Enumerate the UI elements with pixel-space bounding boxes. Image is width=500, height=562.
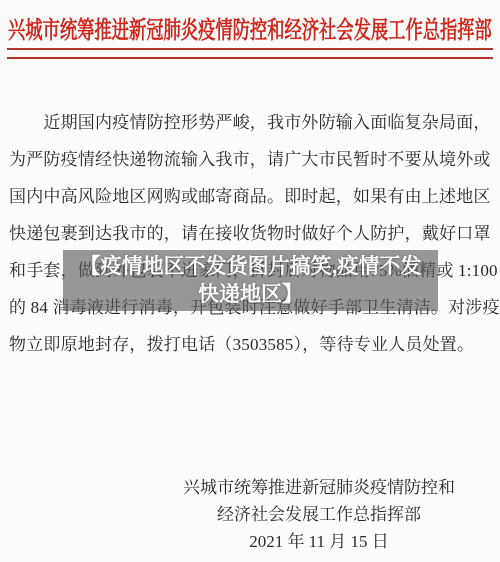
signature-org-line2: 经济社会发展工作总指挥部 xyxy=(183,501,455,528)
signature-date: 2021 年 11 月 15 日 xyxy=(183,528,455,555)
document-header-title: 兴城市统筹推进新冠肺炎疫情防控和经济社会发展工作总指挥部 xyxy=(8,10,492,45)
body-line: 物立即原地封存，拨打电话（3503585），等待专业人员处置。 xyxy=(9,326,495,363)
notice-document: 兴城市统筹推进新冠肺炎疫情防控和经济社会发展工作总指挥部 近期国内疫情防控形势严… xyxy=(0,0,500,562)
notice-body: 近期国内疫情防控形势严峻，我市外防输入面临复杂局面， 为严防疫情经快递物流输入我… xyxy=(9,104,495,363)
body-line: 为严防疫情经快递物流输入我市，请广大市民暂时不要从境外或 xyxy=(9,141,495,178)
signature-block: 兴城市统筹推进新冠肺炎疫情防控和 经济社会发展工作总指挥部 2021 年 11 … xyxy=(183,474,455,555)
body-line: 国内中高风险地区网购或邮寄商品。即时起，如果有由上述地区 xyxy=(9,178,495,215)
watermark-caption-line2: 快递地区】 xyxy=(198,281,303,309)
watermark-caption-overlay: 【疫情地区不发货图片搞笑,疫情不发 快递地区】 xyxy=(63,250,438,311)
header-double-rule xyxy=(7,48,493,59)
signature-org-line1: 兴城市统筹推进新冠肺炎疫情防控和 xyxy=(183,474,455,501)
watermark-caption-line1: 【疫情地区不发货图片搞笑,疫情不发 xyxy=(80,253,422,281)
body-line: 近期国内疫情防控形势严峻，我市外防输入面临复杂局面， xyxy=(9,104,495,141)
body-line: 快递包裹到达我市的，请在接收货物时做好个人防护，戴好口罩 xyxy=(9,215,495,252)
